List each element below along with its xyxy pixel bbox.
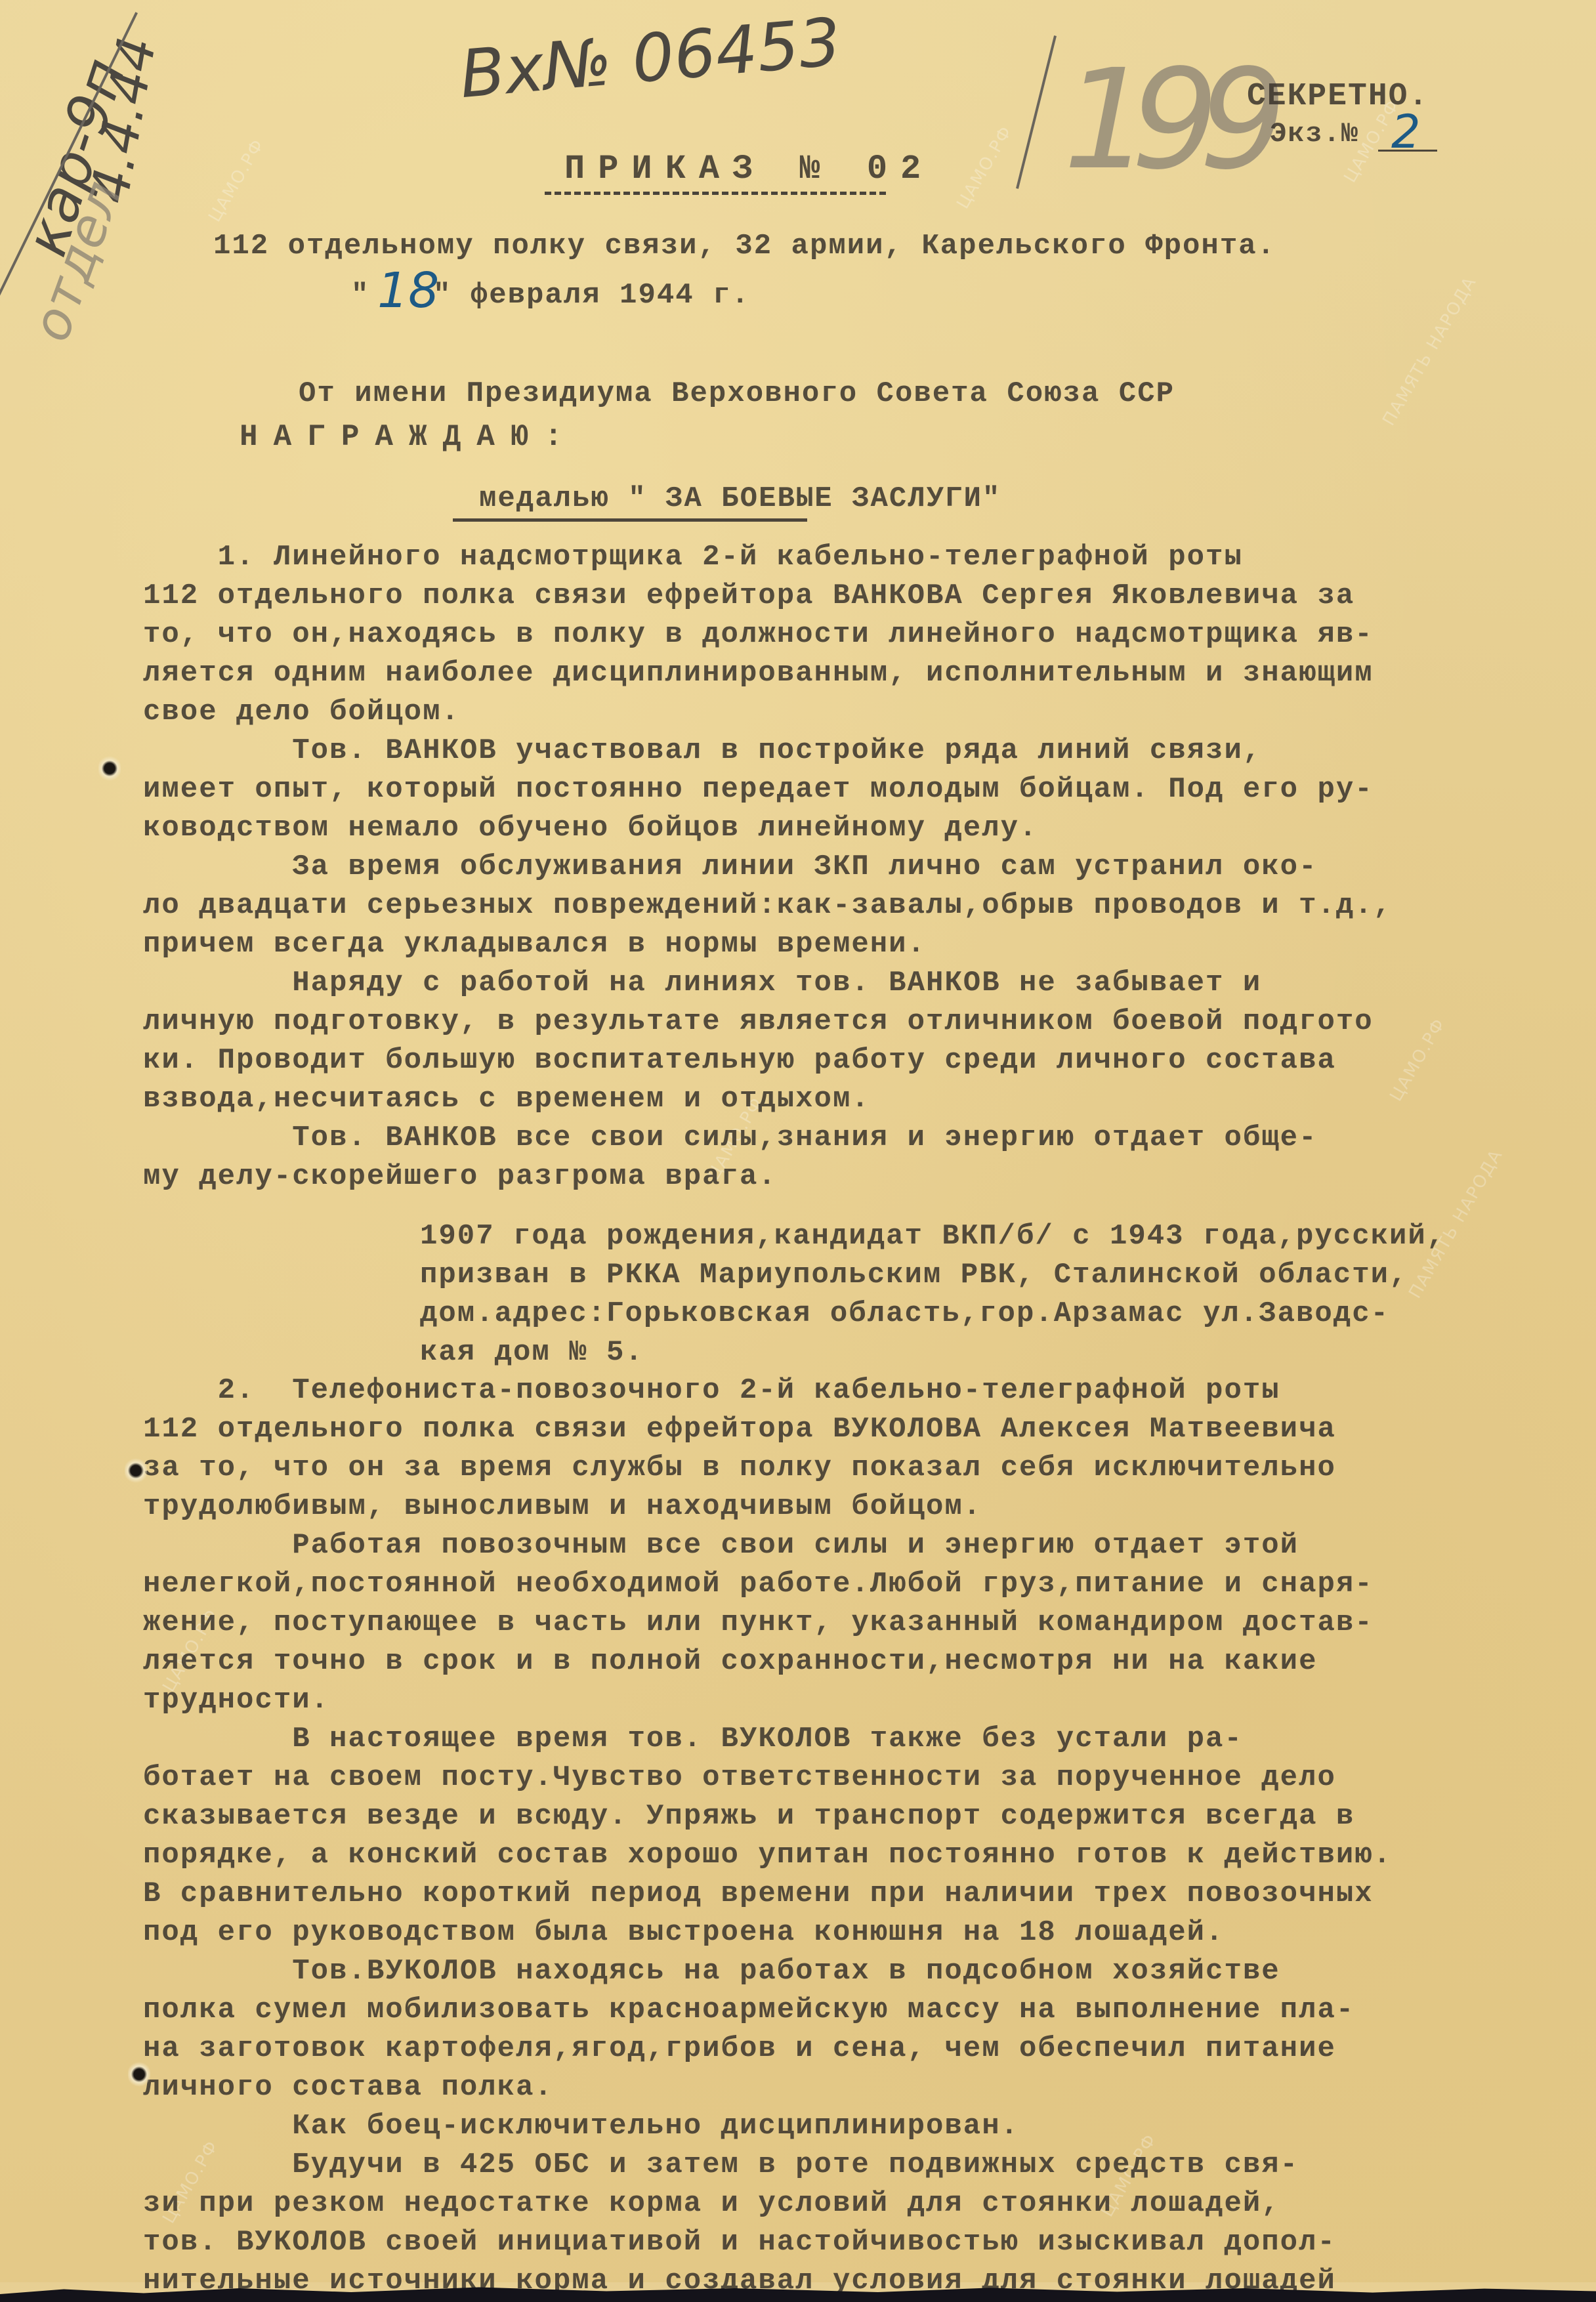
item1-line: 1. Линейного надсмотрщика 2-й кабельно-т…	[143, 538, 1587, 577]
date-open-quote: "	[351, 279, 369, 312]
item2-line: ляется точно в срок и в полной сохраннос…	[143, 1643, 1587, 1681]
item2-line: под его руководством была выстроена коню…	[143, 1914, 1587, 1952]
item1-line: причем всегда укладывался в нормы времен…	[143, 925, 1587, 964]
unit-line: 112 отдельному полку связи, 32 армии, Ка…	[213, 230, 1276, 262]
item2-line: В сравнительно короткий период времени п…	[143, 1875, 1587, 1914]
item2-line: личного состава полка.	[143, 2068, 1587, 2107]
item1-line: то, что он,находясь в полку в должности …	[143, 616, 1587, 654]
item2-line: Тов.ВУКОЛОВ находясь на работах в подсоб…	[143, 1952, 1587, 1991]
item1-line: ки. Проводит большую воспитательную рабо…	[143, 1041, 1587, 1080]
binding-hole	[128, 2061, 150, 2088]
item2-line: нелегкой,постоянной необходимой работе.Л…	[143, 1565, 1587, 1604]
item2-line: трудолюбивым, выносливым и находчивым бо…	[143, 1488, 1587, 1526]
item2-line: полка сумел мобилизовать красноармейскую…	[143, 1991, 1587, 2030]
binding-hole	[98, 755, 121, 782]
item2-line: жение, поступающее в часть или пункт, ук…	[143, 1604, 1587, 1643]
item2-line: 112 отдельного полка связи ефрейтора ВУК…	[143, 1410, 1587, 1449]
bio-line: призван в РККА Мариупольским РВК, Сталин…	[420, 1256, 1588, 1295]
bio-line: дом.адрес:Горьковская область,гор.Арзама…	[420, 1295, 1588, 1333]
copy-label: Экз.№	[1270, 118, 1359, 150]
award-item-1: 1. Линейного надсмотрщика 2-й кабельно-т…	[143, 538, 1587, 1196]
preamble-line: От имени Президиума Верховного Совета Со…	[299, 377, 1175, 410]
item1-line: ло двадцати серьезных повреждений:как-за…	[143, 887, 1587, 925]
item2-line: Будучи в 425 ОБС и затем в роте подвижны…	[143, 2146, 1587, 2185]
binding-hole	[125, 1457, 147, 1484]
date-day: 18	[377, 262, 439, 319]
item2-line: трудности.	[143, 1681, 1587, 1720]
pencil-slash-line	[1016, 35, 1057, 189]
watermark: ЦАМО.РФ	[205, 135, 268, 225]
item2-line: ботает на своем посту.Чувство ответствен…	[143, 1759, 1587, 1797]
bio-line: кая дом № 5.	[420, 1333, 1588, 1372]
item2-line: сказывается везде и всюду. Упряжь и тран…	[143, 1797, 1587, 1836]
item2-line: на заготовок картофеля,ягод,грибов и сен…	[143, 2030, 1587, 2068]
item2-line: Как боец-исключительно дисциплинирован.	[143, 2107, 1587, 2146]
award-name: медалью " ЗА БОЕВЫЕ ЗАСЛУГИ"	[479, 482, 1001, 515]
incoming-number: Вх№ 06453	[457, 3, 844, 113]
item1-line: му делу-скорейшего разгрома врага.	[143, 1158, 1587, 1196]
item1-line: Наряду с работой на линиях тов. ВАНКОВ н…	[143, 964, 1587, 1003]
award-item-2: 2. Телефониста-повозочного 2-й кабельно-…	[143, 1371, 1587, 2301]
item2-line: Работая повозочным все свои силы и энерг…	[143, 1526, 1587, 1565]
award-underline	[453, 518, 807, 522]
item1-line: Тов. ВАНКОВ все свои силы,знания и энерг…	[143, 1119, 1587, 1158]
item2-line: В настоящее время тов. ВУКОЛОВ также без…	[143, 1720, 1587, 1759]
date-rest: " февраля 1944 г.	[433, 279, 750, 312]
page-number: 199	[1063, 39, 1267, 200]
awarding-heading: НАГРАЖДАЮ:	[240, 420, 578, 454]
watermark: ЦАМО.РФ	[953, 122, 1017, 212]
item1-line: взвода,несчитаясь с временем и отдыхом.	[143, 1080, 1587, 1119]
item2-line: за то, что он за время службы в полку по…	[143, 1449, 1587, 1488]
item1-line: 112 отдельного полка связи ефрейтора ВАН…	[143, 577, 1587, 616]
document-page: ЦАМО.РФ ЦАМО.РФ ЦАМО.РФ ЦАМО.РФ ЦАМО.РФ …	[0, 0, 1596, 2282]
item2-line: тов. ВУКОЛОВ своей инициативой и настойч…	[143, 2223, 1587, 2262]
item1-line: свое дело бойцом.	[143, 693, 1587, 732]
item2-line: порядке, а конский состав хорошо упитан …	[143, 1836, 1587, 1875]
item1-line: личную подготовку, в результате является…	[143, 1003, 1587, 1041]
item1-line: ляется одним наиболее дисциплинированным…	[143, 654, 1587, 693]
item2-line: 2. Телефониста-повозочного 2-й кабельно-…	[143, 1371, 1587, 1410]
title-underline	[545, 192, 886, 195]
item1-line: Тов. ВАНКОВ участвовал в постройке ряда …	[143, 732, 1587, 770]
award-item-1-bio: 1907 года рождения,кандидат ВКП/б/ с 194…	[420, 1217, 1588, 1372]
item1-line: ководством немало обучено бойцов линейно…	[143, 809, 1587, 848]
bio-line: 1907 года рождения,кандидат ВКП/б/ с 194…	[420, 1217, 1588, 1256]
copy-number-underline	[1378, 150, 1437, 152]
document-title: ПРИКАЗ № 02	[564, 150, 934, 188]
watermark: ПАМЯТЬ НАРОДА	[1379, 273, 1480, 429]
item1-line: За время обслуживания линии ЗКП лично са…	[143, 848, 1587, 887]
item1-line: имеет опыт, который постоянно передает м…	[143, 770, 1587, 809]
item2-line: зи при резком недостатке корма и условий…	[143, 2185, 1587, 2223]
